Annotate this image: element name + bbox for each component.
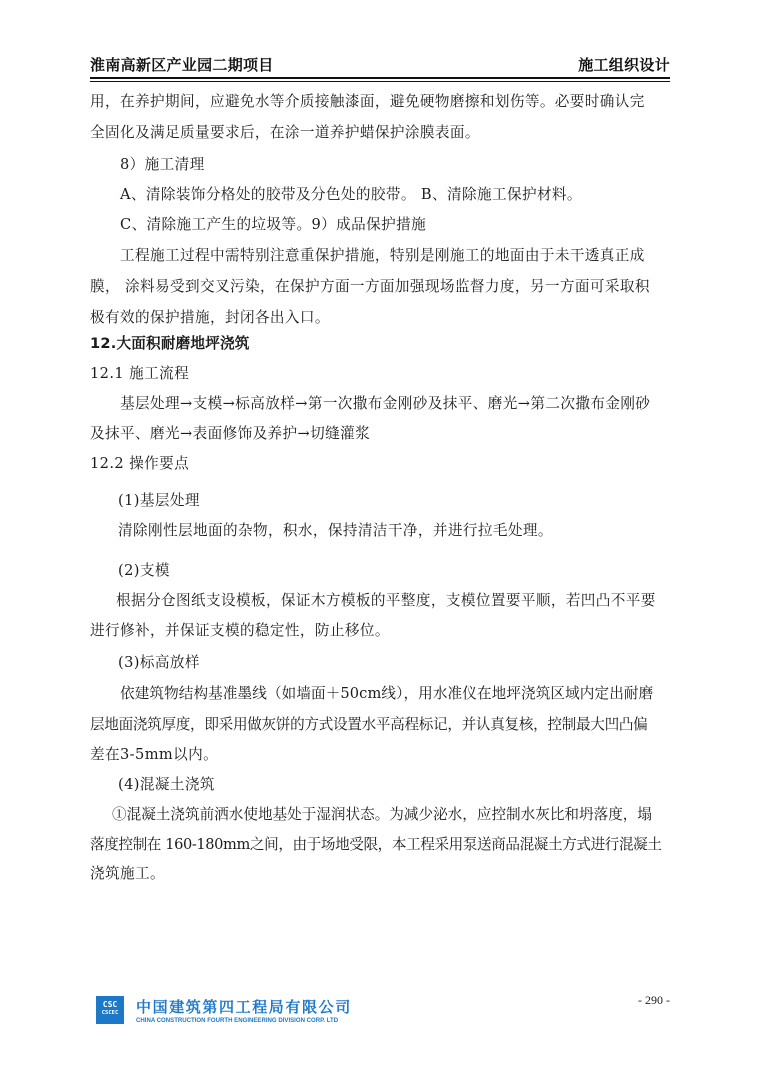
- cscec-logo-icon: CSC CSCEC: [96, 996, 124, 1024]
- paragraph-start: ①混凝土浇筑前洒水使地基处于湿润状态。为减少泌水，应控制水灰比和坍落度，塌: [112, 805, 652, 825]
- item-heading: (1)基层处理: [118, 491, 200, 511]
- header-rule-thick: [90, 77, 670, 79]
- text-line: 用，在养护期间，应避免水等介质接触漆面，避免硬物磨擦和划伤等。必要时确认完: [90, 92, 645, 112]
- company-name-en: CHINA CONSTRUCTION FOURTH ENGINEERING DI…: [136, 1017, 338, 1024]
- logo-glyph-bottom: CSCEC: [100, 1009, 120, 1018]
- text-line: 膜， 涂料易受到交叉污染，在保护方面一方面加强现场监督力度，另一方面可采取积: [90, 277, 650, 297]
- item-heading: (2)支模: [118, 561, 170, 581]
- text-line: C、清除施工产生的垃圾等。9）成品保护措施: [120, 215, 426, 235]
- item-heading: (3)标高放样: [118, 653, 200, 673]
- project-title: 淮南高新区产业园二期项目: [90, 54, 274, 75]
- text-line: 及抹平、磨光→表面修饰及养护→切缝灌浆: [90, 424, 370, 444]
- text-line: 全固化及满足质量要求后，在涂一道养护蜡保护涂膜表面。: [90, 123, 480, 143]
- page-header: 淮南高新区产业园二期项目 施工组织设计: [90, 52, 670, 76]
- paragraph-start: 根据分仓图纸支设模板，保证木方模板的平整度，支模位置要平顺，若凹凸不平要: [116, 591, 656, 611]
- text-line: 层地面浇筑厚度，即采用做灰饼的方式设置水平高程标记，并认真复核，控制最大凹凸偏: [90, 715, 647, 735]
- paragraph-start: 依建筑物结构基准墨线（如墙面＋50cm线），用水准仪在地坪浇筑区域内定出耐磨: [120, 684, 653, 704]
- logo-glyph-top: CSC: [100, 1000, 120, 1009]
- text-line: 极有效的保护措施，封闭各出入口。: [90, 308, 330, 328]
- subsection-heading: 12.1 施工流程: [90, 364, 189, 384]
- text-line: 进行修补，并保证支模的稳定性，防止移位。: [90, 621, 390, 641]
- company-name-cn: 中国建筑第四工程局有限公司: [136, 996, 352, 1017]
- text-line: A、清除装饰分格处的胶带及分色处的胶带。 B、清除施工保护材料。: [120, 185, 582, 205]
- text-line: 落度控制在 160-180mm之间，由于场地受限，本工程采用泵送商品混凝土方式进…: [90, 835, 662, 855]
- text-line: 差在3-5mm以内。: [90, 745, 218, 765]
- paragraph-start: 基层处理→支模→标高放样→第一次撒布金刚砂及抹平、磨光→第二次撒布金刚砂: [120, 394, 650, 414]
- text-line: 浇筑施工。: [90, 864, 165, 884]
- section-heading: 12.大面积耐磨地坪浇筑: [90, 334, 250, 354]
- paragraph-start: 工程施工过程中需特别注意重保护措施，特别是刚施工的地面由于未干透真正成: [120, 246, 645, 266]
- page-number: - 290 -: [638, 993, 670, 1008]
- document-title: 施工组织设计: [578, 54, 670, 75]
- document-page: 淮南高新区产业园二期项目 施工组织设计 用，在养护期间，应避免水等介质接触漆面，…: [0, 0, 760, 1074]
- text-line: 清除刚性层地面的杂物，积水，保持清洁干净，并进行拉毛处理。: [118, 521, 553, 541]
- header-rule-thin: [90, 81, 670, 82]
- subsection-heading: 12.2 操作要点: [90, 454, 189, 474]
- logo-glyph: CSC CSCEC: [100, 1000, 120, 1020]
- item-heading: (4)混凝土浇筑: [118, 775, 215, 795]
- subsection-heading: 8）施工清理: [120, 155, 205, 175]
